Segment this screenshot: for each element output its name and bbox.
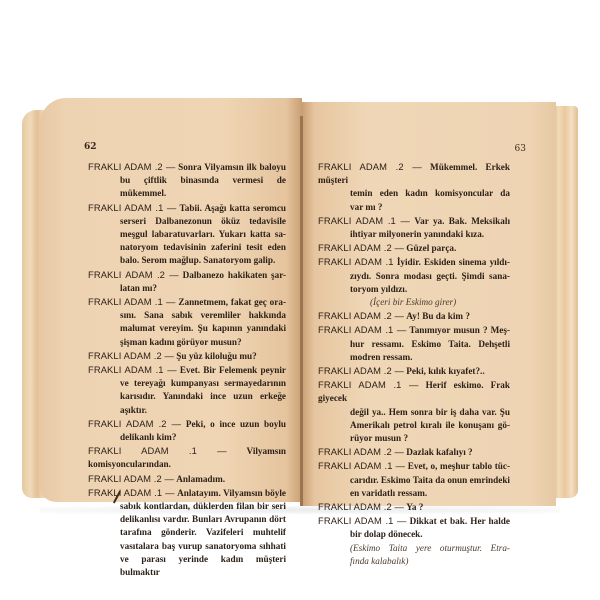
dialogue-line: modren ressam. xyxy=(318,351,510,364)
dialogue-line: Güzel parça. xyxy=(406,243,456,253)
speaker-name: FRAKLI ADAM .2 — xyxy=(88,161,175,172)
dialogue-line: latan mı? xyxy=(88,282,286,295)
dialogue-entry: FRAKLI ADAM .1 İyidir. Eskiden sinema yı… xyxy=(318,255,510,296)
right-page-text: FRAKLI ADAM .2 — Mükemmel. Erkek müşteri… xyxy=(318,160,510,568)
dialogue-line: Sonra Vilyamsın ilk baloyu xyxy=(178,162,286,172)
speaker-name: FRAKLI ADAM .2 — xyxy=(88,418,181,429)
dialogue-line: en varidatlı ressam. xyxy=(318,487,510,500)
dialogue-first-line: FRAKLI ADAM .2 — Şu yüz kiloluğu mu? xyxy=(88,349,286,363)
dialogue-first-line: FRAKLI ADAM .1 İyidir. Eskiden sinema yı… xyxy=(318,255,510,269)
dialogue-first-line: FRAKLI ADAM .2 — Peki, o ince uzun boylu xyxy=(88,417,286,431)
dialogue-first-line: FRAKLI ADAM .2 — Mükemmel. Erkek müşteri xyxy=(318,160,510,187)
dialogue-line: sını. Sana sabık veremliler hakkında xyxy=(88,309,286,322)
speaker-name: FRAKLI ADAM .1 — xyxy=(318,324,406,335)
speaker-name: FRAKLI ADAM .1 — xyxy=(88,445,227,456)
speaker-name: FRAKLI ADAM .1 — xyxy=(318,215,410,226)
dialogue-first-line: FRAKLI ADAM .1 — Herif eskimo. Frak giye… xyxy=(318,378,510,405)
speaker-name: FRAKLI ADAM .2 — xyxy=(318,501,404,512)
dialogue-entry: FRAKLI ADAM .2 — Ay! Bu da kim ? xyxy=(318,309,510,323)
speaker-name: FRAKLI ADAM .2 — xyxy=(88,350,174,361)
page-number-left: 62 xyxy=(84,142,97,152)
speaker-name: FRAKLI ADAM .2 — xyxy=(88,269,179,280)
dialogue-line: aşıktır. xyxy=(88,404,286,417)
dialogue-line: Var ya. Bak. Meksikalı xyxy=(414,216,510,226)
dialogue-line: ve parası yerinde kadın müşteri bulmaktı… xyxy=(88,553,286,579)
book-gutter xyxy=(300,116,303,506)
dialogue-line: ve tereyağı kumpanyası sermayedarının xyxy=(88,377,286,390)
dialogue-entry: FRAKLI ADAM .2 — Peki, o ince uzun boylu… xyxy=(88,417,286,444)
dialogue-line: Tanımıyor musun ? Meş- xyxy=(409,325,510,335)
stage-direction-line: fında kalabalık) xyxy=(318,555,510,568)
speaker-name: FRAKLI ADAM .1 — xyxy=(88,364,177,375)
dialogue-entry: FRAKLI ADAM .1 — Vilyamsın komisyoncular… xyxy=(88,444,286,471)
page-number-right: 63 xyxy=(515,144,526,154)
speaker-name: FRAKLI ADAM .2 — xyxy=(318,242,404,253)
dialogue-entry: FRAKLI ADAM .1 — Herif eskimo. Frak giye… xyxy=(318,378,510,445)
open-book: 62 FRAKLI ADAM .2 — Sonra Vilyamsın ilk … xyxy=(22,96,578,510)
dialogue-entry: FRAKLI ADAM .1 — Anlatayım. Vilyamsın bö… xyxy=(88,486,286,579)
dialogue-first-line: FRAKLI ADAM .1 — Var ya. Bak. Meksikalı xyxy=(318,214,510,228)
dialogue-line: Peki, kılık kıyafet?.. xyxy=(406,366,484,376)
dialogue-line: delikanlı kim? xyxy=(88,431,286,444)
dialogue-first-line: FRAKLI ADAM .1 — Tabii. Aşağı katta sero… xyxy=(88,201,286,215)
dialogue-first-line: FRAKLI ADAM .1 — Dikkat et bak. Her hald… xyxy=(318,514,510,528)
dialogue-first-line: FRAKLI ADAM .1 — Zannetmem, fakat geç or… xyxy=(88,295,286,309)
dialogue-entry: FRAKLI ADAM .2 — Dalbanezo hakikaten şar… xyxy=(88,268,286,295)
dialogue-line: meşgul labaratuvarları. Yukarı katta sa- xyxy=(88,228,286,241)
stage-direction-text: (İçeri bir Eskimo girer) xyxy=(318,296,510,309)
dialogue-first-line: FRAKLI ADAM .1 — Tanımıyor musun ? Meş- xyxy=(318,323,510,337)
dialogue-line: hur ressamı. Eskimo Taita. Dehşetli xyxy=(318,338,510,351)
right-page: 63 FRAKLI ADAM .2 — Mükemmel. Erkek müşt… xyxy=(302,102,556,506)
dialogue-first-line: FRAKLI ADAM .1 — Vilyamsın komisyoncular… xyxy=(88,444,286,471)
dialogue-line: zıydı. Sonra modası geçti. Şimdi sana- xyxy=(318,270,510,283)
dialogue-entry: FRAKLI ADAM .1 — Dikkat et bak. Her hald… xyxy=(318,514,510,541)
dialogue-entry: FRAKLI ADAM .2 — Güzel parça. xyxy=(318,241,510,255)
dialogue-line: natoryom tedavisinin zaferini tesit eden xyxy=(88,241,286,254)
dialogue-first-line: FRAKLI ADAM .2 — Ay! Bu da kim ? xyxy=(318,309,510,323)
dialogue-entry: FRAKLI ADAM .2 — Peki, kılık kıyafet?.. xyxy=(318,364,510,378)
dialogue-line: delikanlısı vardır. Bunları Avrupanın dö… xyxy=(88,513,286,526)
stage-direction-line: (Eskimo Taita yere oturmuştur. Etra- xyxy=(318,542,510,555)
dialogue-line: vasıtalara baş vurup sanatoryoma sıhhati xyxy=(88,540,286,553)
dialogue-line: carıdır. Eskimo Taita da onun emrindeki xyxy=(318,474,510,487)
dialogue-line: Zannetmem, fakat geç ora- xyxy=(178,297,286,307)
dialogue-first-line: FRAKLI ADAM .2 — Sonra Vilyamsın ilk bal… xyxy=(88,160,286,174)
dialogue-line: şişman kadını görüyor musun? xyxy=(88,336,286,349)
dialogue-line: temin eden kadın komisyoncular da xyxy=(318,187,510,200)
dialogue-entry: FRAKLI ADAM .2 — Mükemmel. Erkek müşteri… xyxy=(318,160,510,214)
dialogue-line: Amerikalı petrol kıralı ile konuşanı gö- xyxy=(318,419,510,432)
dialogue-line: Şu yüz kiloluğu mu? xyxy=(176,351,256,361)
dialogue-line: toryom yıldızı. xyxy=(318,283,510,296)
dialogue-line: Ay! Bu da kim ? xyxy=(406,311,470,321)
dialogue-line: rüyor musun ? xyxy=(318,432,510,445)
dialogue-entry: FRAKLI ADAM .2 — Anlamadım. xyxy=(88,472,286,486)
dialogue-entry: FRAKLI ADAM .2 — Dazlak kafalıyı ? xyxy=(318,445,510,459)
dialogue-first-line: FRAKLI ADAM .2 — Ya ? xyxy=(318,500,510,514)
dialogue-line: Dalbanezo hakikaten şar- xyxy=(183,270,286,280)
dialogue-line: Anlamadım. xyxy=(176,474,225,484)
dialogue-first-line: FRAKLI ADAM .2 — Anlamadım. xyxy=(88,472,286,486)
dialogue-line: tarafına gönderir. Vazifeleri muhtelif xyxy=(88,526,286,539)
left-page: 62 FRAKLI ADAM .2 — Sonra Vilyamsın ilk … xyxy=(40,98,302,502)
speaker-name: FRAKLI ADAM .1 — xyxy=(88,296,176,307)
dialogue-entry: FRAKLI ADAM .1 — Var ya. Bak. Meksikalıi… xyxy=(318,214,510,241)
dialogue-line: İyidir. Eskiden sinema yıldı- xyxy=(397,257,510,267)
speaker-name: FRAKLI ADAM .1 xyxy=(318,256,394,267)
speaker-name: FRAKLI ADAM .2 — xyxy=(318,446,404,457)
stage-direction: (Eskimo Taita yere oturmuştur. Etra-fınd… xyxy=(318,542,510,568)
dialogue-entry: FRAKLI ADAM .2 — Şu yüz kiloluğu mu? xyxy=(88,349,286,363)
dialogue-line: Evet. Bir Felemenk peynir xyxy=(180,365,286,375)
speaker-name: FRAKLI ADAM .1 — xyxy=(88,202,176,213)
dialogue-first-line: FRAKLI ADAM .1 — Evet, o, meşhur tablo t… xyxy=(318,459,510,473)
dialogue-line: Ya ? xyxy=(406,502,423,512)
speaker-name: FRAKLI ADAM .2 — xyxy=(318,365,404,376)
speaker-name: FRAKLI ADAM .1 — xyxy=(318,379,418,390)
dialogue-line: balo. Serom mağlup. Sanatoryom galip. xyxy=(88,254,286,267)
dialogue-entry: FRAKLI ADAM .1 — Tanımıyor musun ? Meş-h… xyxy=(318,323,510,364)
dialogue-line: bu çiftlik binasında vermesi de mükemmel… xyxy=(88,174,286,200)
dialogue-first-line: FRAKLI ADAM .2 — Dalbanezo hakikaten şar… xyxy=(88,268,286,282)
dialogue-line: malumat vereyim. Şu kapının yanındaki xyxy=(88,322,286,335)
dialogue-entry: FRAKLI ADAM .2 — Ya ? xyxy=(318,500,510,514)
dialogue-entry: FRAKLI ADAM .2 — Sonra Vilyamsın ilk bal… xyxy=(88,160,286,201)
dialogue-first-line: FRAKLI ADAM .1 — Evet. Bir Felemenk peyn… xyxy=(88,363,286,377)
dialogue-first-line: FRAKLI ADAM .2 — Peki, kılık kıyafet?.. xyxy=(318,364,510,378)
dialogue-line: Tabii. Aşağı katta seromcu xyxy=(179,203,286,213)
dialogue-entry: FRAKLI ADAM .1 — Evet, o, meşhur tablo t… xyxy=(318,459,510,500)
dialogue-line: Evet, o, meşhur tablo tüc- xyxy=(408,461,510,471)
dialogue-line: Peki, o ince uzun boylu xyxy=(186,419,286,429)
dialogue-line: karısıdır. Yanındaki ince uzun erkeğe xyxy=(88,390,286,403)
speaker-name: FRAKLI ADAM .1 — xyxy=(318,460,405,471)
speaker-name: FRAKLI ADAM .2 — xyxy=(318,161,422,172)
dialogue-line: serseri Dalbanezonun öküz tedavisile xyxy=(88,215,286,228)
dialogue-entry: FRAKLI ADAM .1 — Zannetmem, fakat geç or… xyxy=(88,295,286,349)
dialogue-line: bir dolap dönecek. xyxy=(318,528,510,541)
speaker-name: FRAKLI ADAM .2 — xyxy=(318,310,404,321)
dialogue-line: Anlatayım. Vilyamsın böyle xyxy=(177,488,286,498)
dialogue-line: değil ya.. Hem sonra bir iş daha var. Şu xyxy=(318,406,510,419)
speaker-name: FRAKLI ADAM .1 — xyxy=(318,515,406,526)
dialogue-first-line: FRAKLI ADAM .2 — Güzel parça. xyxy=(318,241,510,255)
stage-direction: (İçeri bir Eskimo girer) xyxy=(318,296,510,309)
dialogue-entry: FRAKLI ADAM .1 — Evet. Bir Felemenk peyn… xyxy=(88,363,286,417)
speaker-name: FRAKLI ADAM .2 — xyxy=(88,473,174,484)
dialogue-line: sabık kontlardan, düklerden filan bir se… xyxy=(88,500,286,513)
dialogue-line: Dazlak kafalıyı ? xyxy=(406,447,472,457)
dialogue-first-line: FRAKLI ADAM .2 — Dazlak kafalıyı ? xyxy=(318,445,510,459)
left-page-text: FRAKLI ADAM .2 — Sonra Vilyamsın ilk bal… xyxy=(88,160,286,579)
dialogue-entry: FRAKLI ADAM .1 — Tabii. Aşağı katta sero… xyxy=(88,201,286,268)
speaker-name: FRAKLI ADAM .1 — xyxy=(88,487,175,498)
dialogue-line: var mı ? xyxy=(318,201,510,214)
dialogue-line: ihtiyar milyonerin yanındaki kıza. xyxy=(318,228,510,241)
dialogue-line: Dikkat et bak. Her halde xyxy=(410,516,510,526)
